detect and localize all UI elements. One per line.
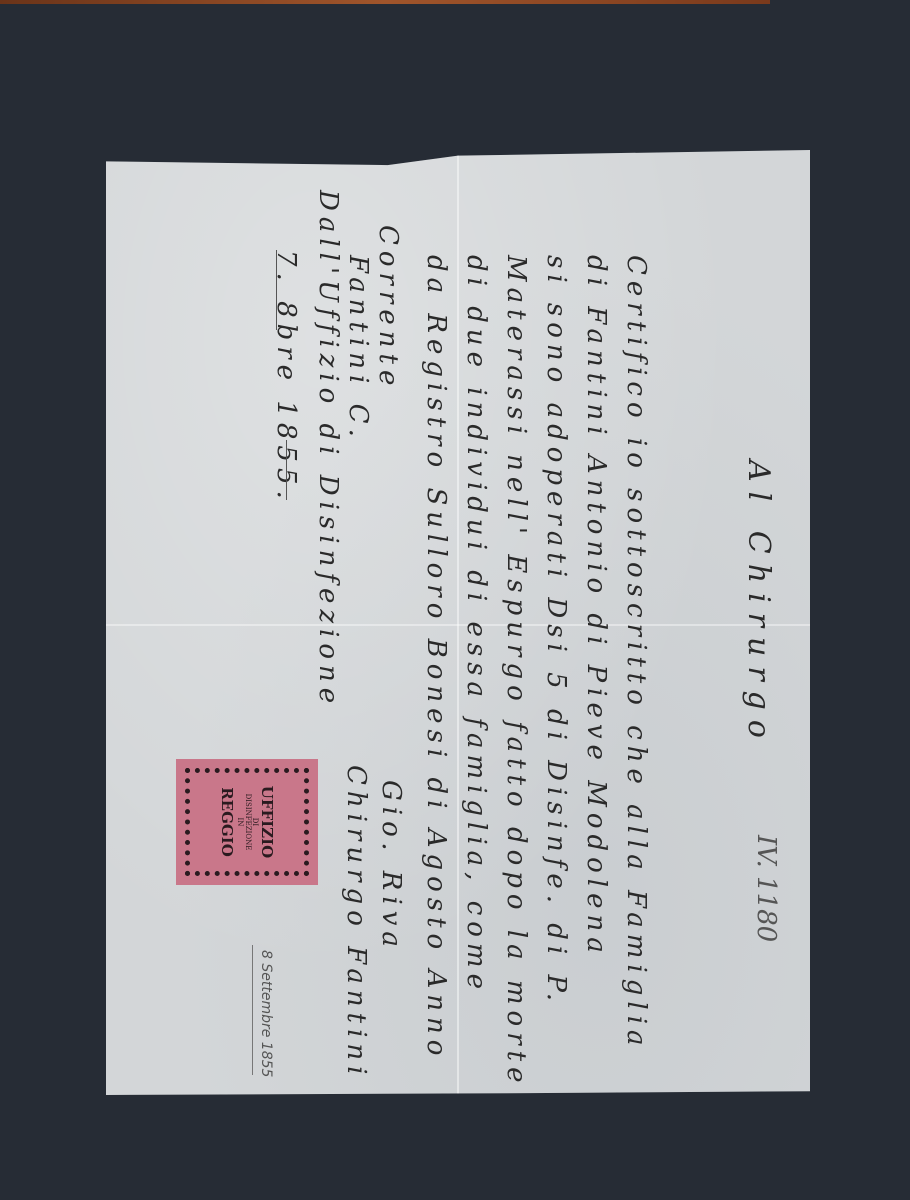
letter-sheet: Al Chirurgo Certifico io sottoscritto ch… [106,150,810,1095]
underline-mark [276,250,277,330]
body-line-5: di due individui di essa famiglia, come [461,255,491,995]
addressee: Al Chirurgo [741,460,776,748]
fold-line-vertical [457,150,459,1095]
body-line-3: si sono adoperati Dsi 5 di Disinfe. di P… [541,255,571,1007]
signature-line-1: Gio. Riva [376,780,406,953]
pencil-date: 8 Settembre 1855 [258,950,274,1077]
archive-mark: IV. 1180 [751,835,781,942]
left-line-3: Dall'Uffizio di Disinfezione [313,190,343,709]
left-line-2: Fantini C. [343,255,373,443]
signature-line-2: Chirurgo Fantini [341,765,371,1080]
body-line-2: di Fantini Antonio di Pieve Modolena [581,255,611,959]
disinfection-office-stamp: UFFIZIO DI DISINFEZIONE IN REGGIO [176,759,318,885]
fold-line-horizontal [106,624,810,626]
underline-mark [286,440,287,500]
body-line-1: Certifico io sottoscritto che alla Famig… [621,255,651,1052]
left-line-1: Corrente [373,225,403,391]
body-line-6: da Registro Sulloro Bonesi di Agosto Ann… [421,255,451,1061]
body-line-4: Materassi nell' Espurgo fatto dopo la mo… [501,255,531,1088]
stamp-text: UFFIZIO DI DISINFEZIONE IN REGGIO [219,786,275,858]
pencil-rule [252,945,253,1075]
frame-edge [0,0,770,4]
